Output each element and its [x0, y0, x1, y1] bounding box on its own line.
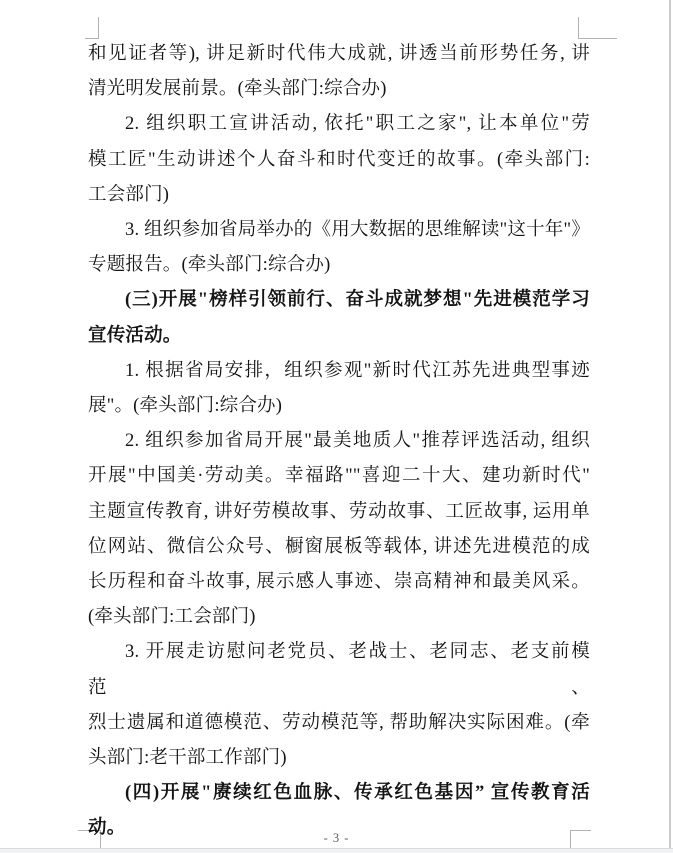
body-text-line: 工会部门) [88, 178, 590, 213]
body-text-line: 头部门:老干部工作部门) [88, 741, 590, 776]
section-heading-line: (四)开展"赓续红色血脉、传承红色基因” 宣传教育活 [88, 776, 590, 811]
body-text-line: 清光明发展前景。(牵头部门:综合办) [88, 72, 590, 107]
page-bottom-edge [0, 848, 673, 853]
document-body: 和见证者等), 讲足新时代伟大成就, 讲透当前形势任务, 讲 清光明发展前景。(… [88, 37, 590, 847]
page-right-edge [669, 0, 671, 853]
body-text-line: 3. 开展走访慰问老党员、老战士、老同志、老支前模范、 [88, 635, 590, 705]
page-number: - 3 - [0, 831, 673, 846]
section-heading-line: (三)开展"榜样引领前行、奋斗成就梦想"先进模范学习 [88, 283, 590, 318]
document-page: 和见证者等), 讲足新时代伟大成就, 讲透当前形势任务, 讲 清光明发展前景。(… [0, 0, 673, 853]
body-text-line: 专题报告。(牵头部门:综合办) [88, 248, 590, 283]
body-text-line: 2. 组织职工宣讲活动, 依托"职工之家", 让本单位"劳 [88, 107, 590, 142]
body-text-line: 展"。(牵头部门:综合办) [88, 389, 590, 424]
body-text-line: 3. 组织参加省局举办的《用大数据的思维解读"这十年"》 [88, 213, 590, 248]
body-text-line: 长历程和奋斗故事, 展示感人事迹、崇高精神和最美风采。 [88, 565, 590, 600]
body-text-line: 主题宣传教育, 讲好劳模故事、劳动故事、工匠故事, 运用单 [88, 495, 590, 530]
body-text-line: 和见证者等), 讲足新时代伟大成就, 讲透当前形势任务, 讲 [88, 37, 590, 72]
section-heading-line: 宣传活动。 [88, 319, 590, 354]
body-text-line: 1. 根据省局安排，组织参观"新时代江苏先进典型事迹 [88, 354, 590, 389]
body-text-line: 开展"中国美·劳动美。幸福路""喜迎二十大、建功新时代" [88, 459, 590, 494]
body-text-line: (牵头部门:工会部门) [88, 600, 590, 635]
body-text-line: 烈士遗属和道德模范、劳动模范等, 帮助解决实际困难。(牵 [88, 706, 590, 741]
body-text-line: 模工匠"生动讲述个人奋斗和时代变迁的故事。(牵头部门: [88, 143, 590, 178]
body-text-line: 2. 组织参加省局开展"最美地质人"推荐评选活动, 组织 [88, 424, 590, 459]
margin-crop-mark-top-left [85, 17, 99, 39]
body-text-line: 位网站、微信公众号、橱窗展板等载体, 讲述先进模范的成 [88, 530, 590, 565]
margin-crop-mark-top-right [578, 17, 617, 39]
